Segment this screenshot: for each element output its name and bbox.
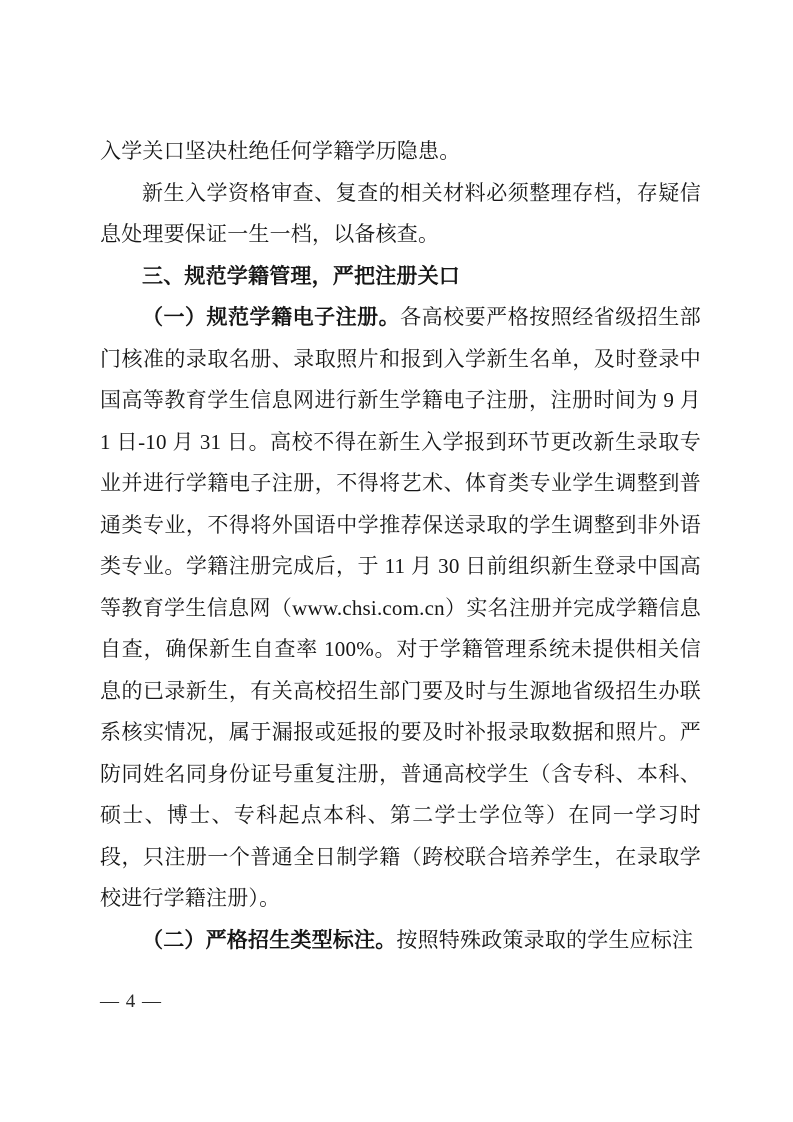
emphasis-run: （二）严格招生类型标注。 [142,928,396,952]
document-body: 入学关口坚决杜绝任何学籍学历隐患。新生入学资格审查、复查的相关材料必须整理存档，… [100,131,701,961]
paragraph: 新生入学资格审查、复查的相关材料必须整理存档，存疑信息处理要保证一生一档，以备核… [100,173,701,256]
text-run: 按照特殊政策录取的学生应标注 [396,928,693,952]
text-run: 入学关口坚决杜绝任何学籍学历隐患。 [100,139,460,163]
section-heading: 三、规范学籍管理，严把注册关口 [100,256,701,298]
text-run: 新生入学资格审查、复查的相关材料必须整理存档，存疑信息处理要保证一生一档，以备核… [100,181,701,247]
emphasis-run: 三、规范学籍管理，严把注册关口 [142,265,460,288]
text-run: 各高校要严格按照经省级招生部门核准的录取名册、录取照片和报到入学新生名单，及时登… [100,305,701,910]
document-page: 入学关口坚决杜绝任何学籍学历隐患。新生入学资格审查、复查的相关材料必须整理存档，… [0,0,793,1122]
emphasis-run: （一）规范学籍电子注册。 [142,305,400,329]
paragraph: （二）严格招生类型标注。按照特殊政策录取的学生应标注 [100,920,701,962]
paragraph: 入学关口坚决杜绝任何学籍学历隐患。 [100,131,701,173]
paragraph: （一）规范学籍电子注册。各高校要严格按照经省级招生部门核准的录取名册、录取照片和… [100,297,701,920]
page-number: — 4 — [100,991,162,1013]
